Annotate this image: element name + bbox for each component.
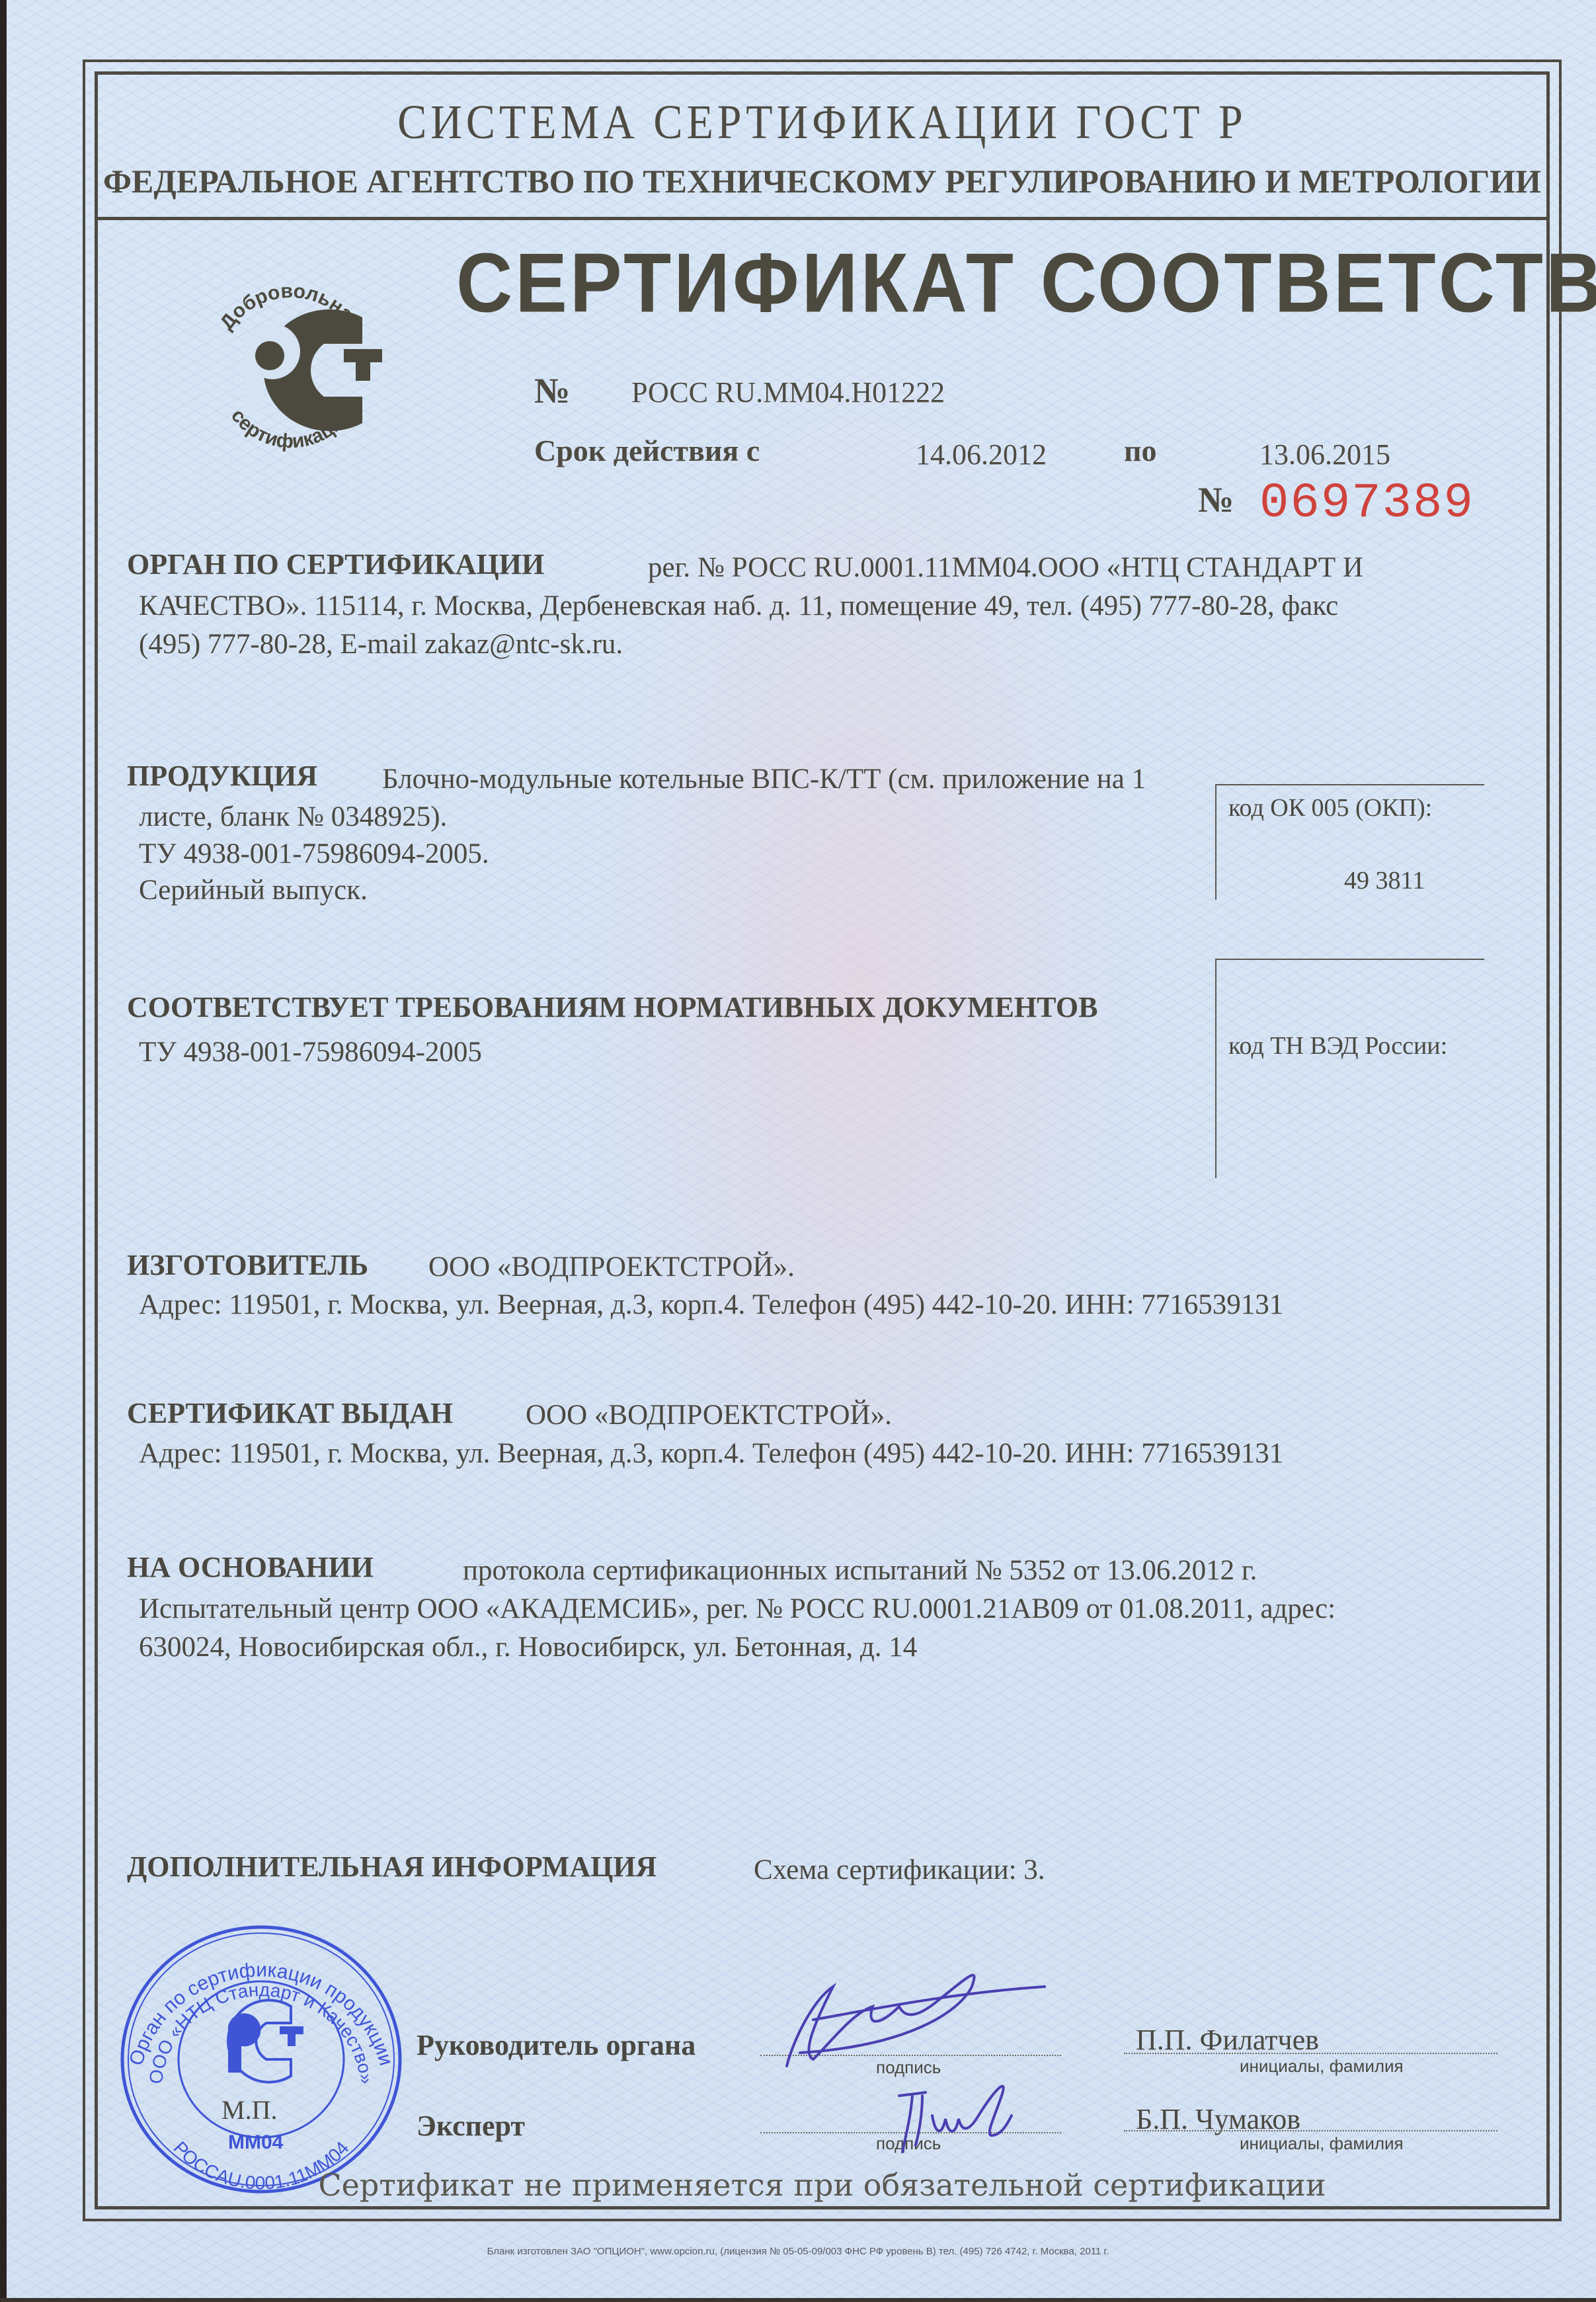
certification-body-stamp: Орган по сертификации продукции ООО «НТЦ… [116,1921,407,2198]
product-label: ПРОДУКЦИЯ [127,759,317,793]
conformity-label: СООТВЕТСТВУЕТ ТРЕБОВАНИЯМ НОРМАТИВНЫХ ДО… [127,990,1098,1024]
printer-imprint: Бланк изготовлен ЗАО "ОПЦИОН", www.opcio… [0,2246,1596,2257]
basis-line2: Испытательный центр ООО «АКАДЕМСИБ», рег… [139,1590,1336,1628]
agency-name: ФЕДЕРАЛЬНОЕ АГЕНТСТВО ПО ТЕХНИЧЕСКОМУ РЕ… [95,162,1550,200]
certification-body-label: ОРГАН ПО СЕРТИФИКАЦИИ [127,547,544,581]
number-sign: № [534,370,570,411]
certification-body-line2: КАЧЕСТВО». 115114, г. Москва, Дербеневск… [139,587,1338,625]
scan-edge-bottom [0,2298,1596,2302]
product-line3: ТУ 4938-001-75986094-2005. [139,835,489,873]
certification-body-line1: рег. № РОСС RU.0001.11ММ04.ООО «НТЦ СТАН… [648,549,1363,587]
scan-edge-left [0,0,7,2302]
additional-info-text: Схема сертификации: 3. [754,1851,1045,1889]
manufacturer-label: ИЗГОТОВИТЕЛЬ [127,1248,368,1282]
head-name-line [1124,2053,1497,2054]
issued-to-label: СЕРТИФИКАТ ВЫДАН [127,1396,453,1430]
blank-number-sign: № [1198,479,1234,520]
head-signature-icon [774,1960,1064,2076]
conformity-doc: ТУ 4938-001-75986094-2005 [139,1033,482,1072]
valid-to-date: 13.06.2015 [1259,438,1390,471]
blank-serial-number: 0697389 [1259,476,1474,532]
okp-code-label: код ОК 005 (ОКП): [1228,793,1432,822]
head-name-caption: инициалы, фамилия [1240,2056,1404,2077]
product-line2: листе, бланк № 0348925). [139,798,447,836]
manufacturer-name: ООО «ВОДПРОЕКТСТРОЙ». [428,1248,795,1287]
certificate-number: РОСС RU.ММ04.Н01222 [631,376,945,409]
header-divider [95,217,1550,220]
product-line4: Серийный выпуск. [139,871,368,910]
manufacturer-address: Адрес: 119501, г. Москва, ул. Веерная, д… [139,1286,1283,1324]
basis-label: НА ОСНОВАНИИ [127,1550,374,1584]
system-title: СИСТЕМА СЕРТИФИКАЦИИ ГОСТ Р [95,95,1550,151]
expert-role-label: Эксперт [417,2109,525,2143]
valid-from-date: 14.06.2012 [916,438,1047,471]
expert-name-caption: инициалы, фамилия [1240,2133,1404,2154]
product-line1: Блочно-модульные котельные ВПС-К/ТТ (см.… [382,760,1146,799]
expert-signature-icon [886,2069,1045,2159]
issued-to-address: Адрес: 119501, г. Москва, ул. Веерная, д… [139,1435,1283,1473]
stamp-mp-label: М.П. [221,2095,277,2125]
voluntary-certification-note: Сертификат не применяется при обязательн… [95,2167,1550,2203]
stamp-code: ММ04 [228,2131,284,2153]
rst-logo-icon: Добровольная сертификация [192,271,390,469]
document-title: СЕРТИФИКАТ СООТВЕТСТВИЯ [456,235,1596,332]
head-role-label: Руководитель органа [417,2028,696,2062]
stamp-rst-mark-icon [228,2001,303,2083]
tnved-code-label: код ТН ВЭД России: [1228,1031,1447,1060]
certification-body-line3: (495) 777-80-28, E-mail zakaz@ntc-sk.ru. [139,625,623,664]
tnved-code-box [1215,959,1484,1178]
issued-to-name: ООО «ВОДПРОЕКТСТРОЙ». [526,1396,892,1435]
validity-label: Срок действия с [534,433,760,468]
okp-code-value: 49 3811 [1344,866,1425,895]
expert-name-line [1124,2130,1497,2131]
additional-info-label: ДОПОЛНИТЕЛЬНАЯ ИНФОРМАЦИЯ [127,1850,657,1884]
basis-line1: протокола сертификационных испытаний № 5… [463,1552,1257,1590]
valid-to-label: по [1124,433,1157,468]
head-name: П.П. Филатчев [1136,2023,1319,2057]
basis-line3: 630024, Новосибирская обл., г. Новосибир… [139,1628,917,1667]
